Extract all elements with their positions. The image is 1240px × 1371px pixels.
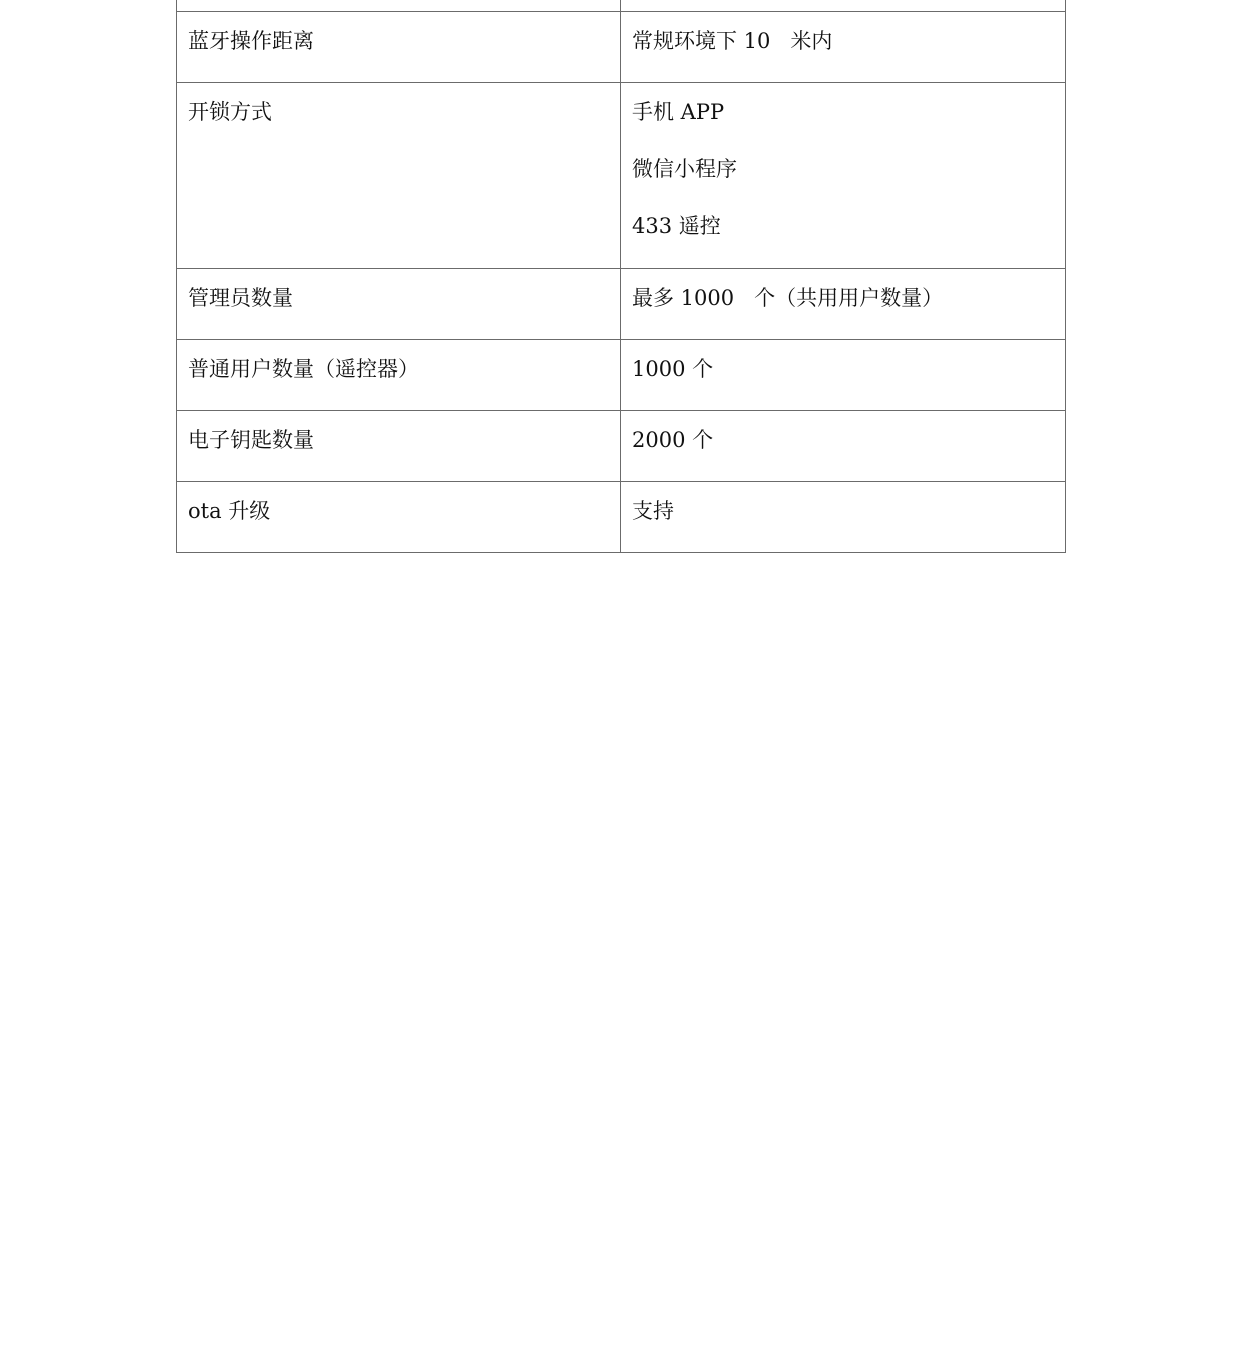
spec-label: 电子钥匙数量 [177,411,621,482]
spec-value: 2000 个 [621,411,1066,482]
table-row: 电子钥匙数量 2000 个 [177,411,1066,482]
spec-value: 常规环境下 10 米内 [621,12,1066,83]
spec-value [621,0,1066,12]
spec-label [177,0,621,12]
table-row: 开锁方式 手机 APP 微信小程序 433 遥控 [177,83,1066,269]
spec-value-list: 手机 APP 微信小程序 433 遥控 [621,83,1066,269]
spec-label: 普通用户数量（遥控器） [177,340,621,411]
spec-label: ota 升级 [177,482,621,553]
table-row: 蓝牙操作距离 常规环境下 10 米内 [177,12,1066,83]
spec-label: 开锁方式 [177,83,621,269]
unlock-method-item: 手机 APP [632,99,1054,125]
spec-value: 1000 个 [621,340,1066,411]
table-row: 普通用户数量（遥控器） 1000 个 [177,340,1066,411]
table-row: 管理员数量 最多 1000 个（共用用户数量） [177,269,1066,340]
table-row [177,0,1066,12]
table-row: ota 升级 支持 [177,482,1066,553]
spec-table: 蓝牙操作距离 常规环境下 10 米内 开锁方式 手机 APP 微信小程序 433… [176,0,1066,553]
spec-value: 最多 1000 个（共用用户数量） [621,269,1066,340]
unlock-method-item: 433 遥控 [632,213,1054,239]
spec-label: 管理员数量 [177,269,621,340]
unlock-method-item: 微信小程序 [632,156,1054,182]
spec-label: 蓝牙操作距离 [177,12,621,83]
spec-value: 支持 [621,482,1066,553]
